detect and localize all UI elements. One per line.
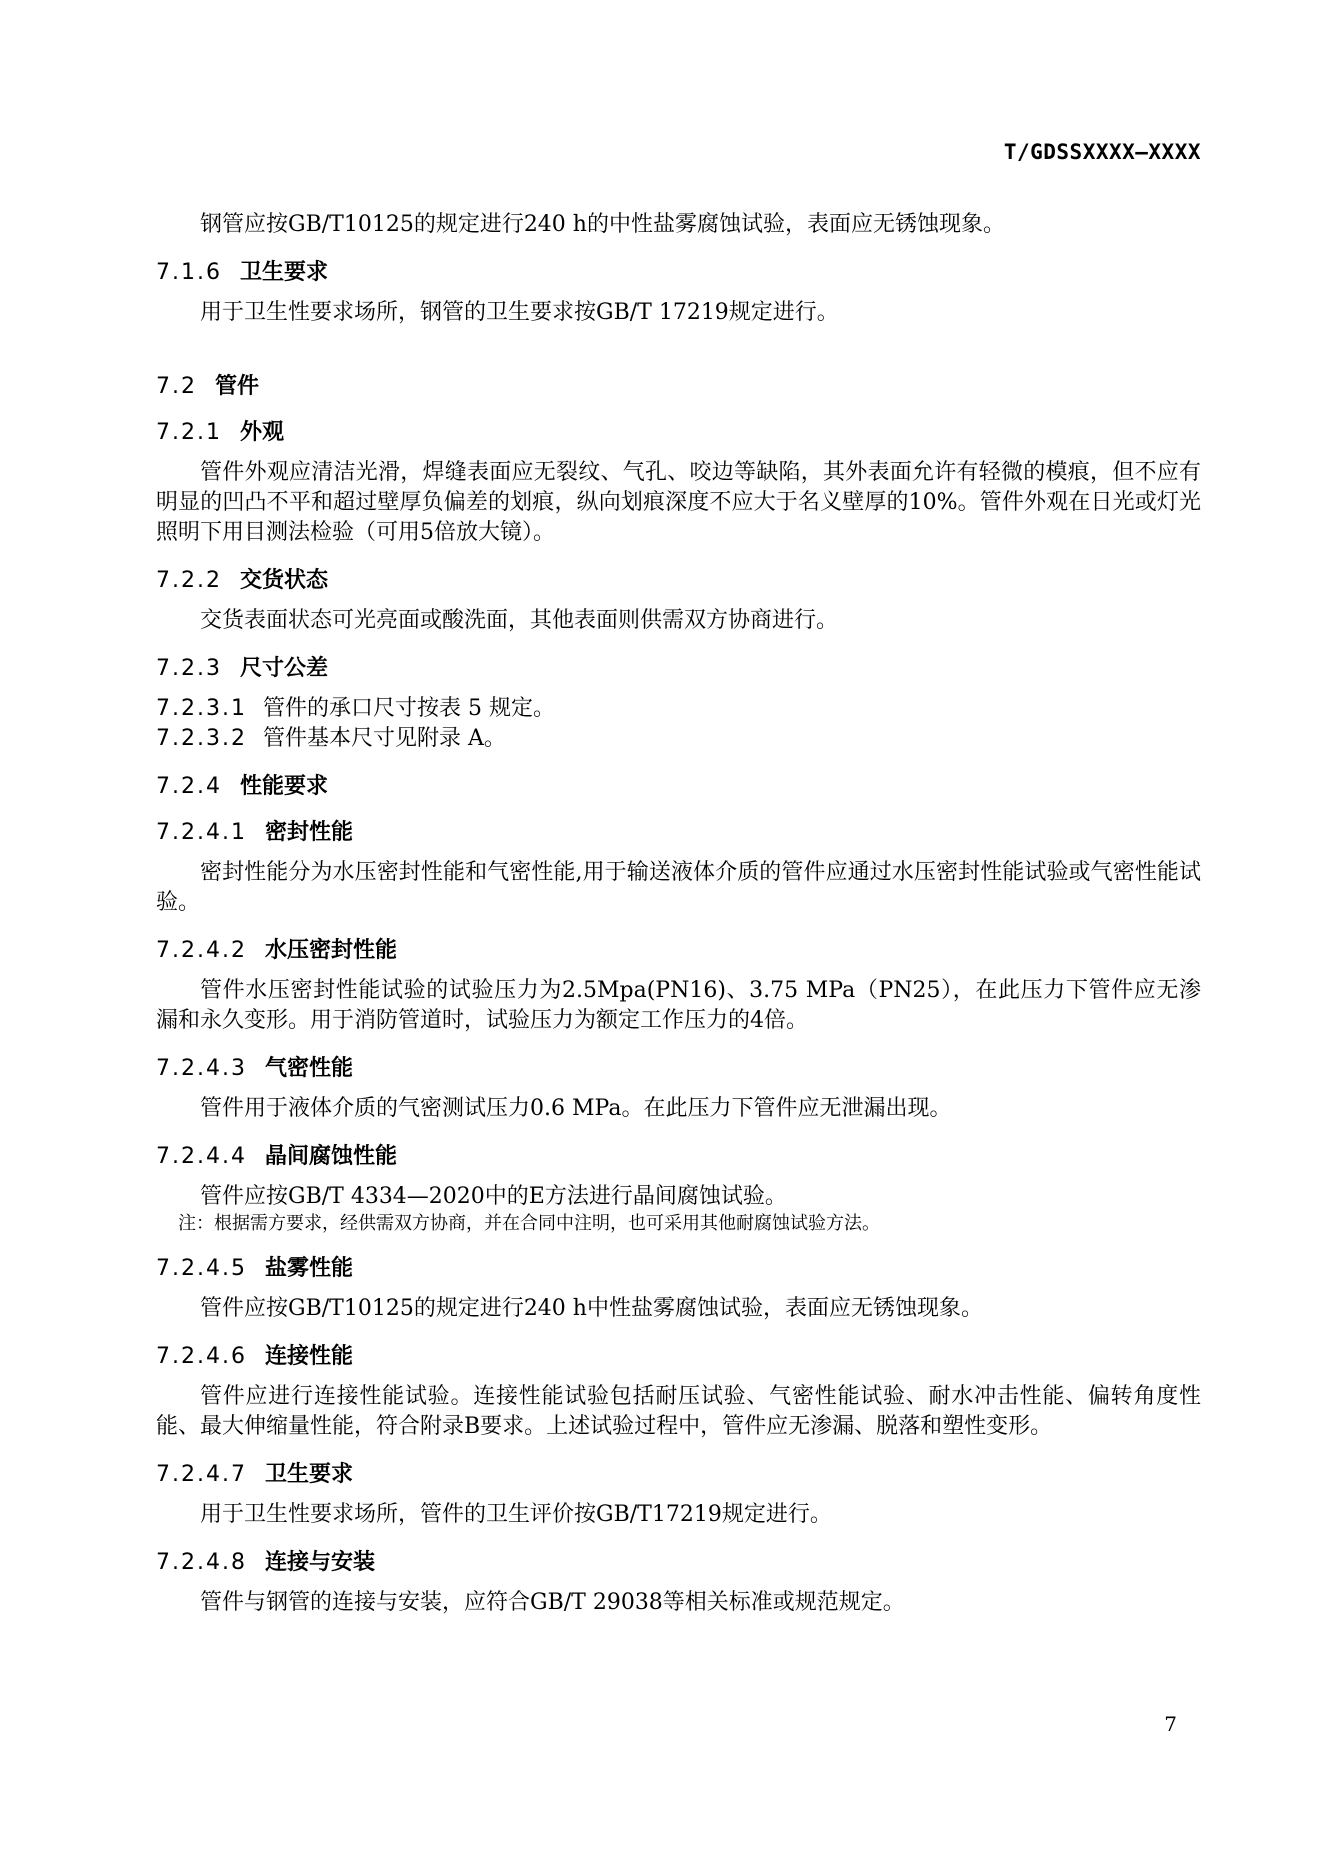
heading-title: 管件 [215, 374, 259, 399]
paragraph-hydraulic-sealing: 管件水压密封性能试验的试验压力为2.5Mpa(PN16)、3.75 MPa（PN… [156, 976, 1201, 1036]
page-header: T/GDSSXXXX—XXXX [156, 140, 1201, 166]
heading-number: 7.2.4.7 [156, 1462, 247, 1487]
paragraph-hygiene-steel-pipe: 用于卫生性要求场所，钢管的卫生要求按GB/T 17219规定进行。 [156, 298, 1201, 328]
paragraph-connection-installation: 管件与钢管的连接与安装，应符合GB/T 29038等相关标准或规范规定。 [156, 1588, 1201, 1618]
clause-line-7-2-3-1: 7.2.3.1管件的承口尺寸按表 5 规定。 [156, 694, 1201, 724]
paragraph-intergranular-corrosion: 管件应按GB/T 4334—2020中的E方法进行晶间腐蚀试验。 [156, 1182, 1201, 1212]
heading-number: 7.2.4 [156, 774, 222, 799]
section-heading-7-2-1: 7.2.1外观 [156, 420, 1201, 446]
heading-title: 密封性能 [265, 820, 353, 845]
heading-title: 连接与安装 [265, 1550, 375, 1575]
section-heading-7-2: 7.2管件 [156, 374, 1201, 400]
section-heading-7-2-4-8: 7.2.4.8连接与安装 [156, 1550, 1201, 1576]
page-number: 7 [1164, 1712, 1177, 1736]
heading-title: 晶间腐蚀性能 [265, 1144, 397, 1169]
heading-title: 卫生要求 [240, 260, 328, 285]
document-page: T/GDSSXXXX—XXXX 钢管应按GB/T10125的规定进行240 h的… [0, 0, 1323, 1871]
paragraph-connection-performance: 管件应进行连接性能试验。连接性能试验包括耐压试验、气密性能试验、耐水冲击性能、偏… [156, 1382, 1201, 1442]
heading-number: 7.2.4.3 [156, 1056, 247, 1081]
section-heading-7-2-4-2: 7.2.4.2水压密封性能 [156, 938, 1201, 964]
paragraph-salt-spray-steel-pipe: 钢管应按GB/T10125的规定进行240 h的中性盐雾腐蚀试验，表面应无锈蚀现… [156, 210, 1201, 240]
section-heading-7-2-4-3: 7.2.4.3气密性能 [156, 1056, 1201, 1082]
heading-title: 连接性能 [265, 1344, 353, 1369]
heading-number: 7.2.1 [156, 420, 222, 445]
page-footer: 7 [1164, 1712, 1177, 1736]
heading-number: 7.2.4.1 [156, 820, 247, 845]
clause-line-7-2-3-2: 7.2.3.2管件基本尺寸见附录 A。 [156, 724, 1201, 754]
heading-title: 盐雾性能 [265, 1256, 353, 1281]
paragraph-salt-spray-fitting: 管件应按GB/T10125的规定进行240 h中性盐雾腐蚀试验，表面应无锈蚀现象… [156, 1294, 1201, 1324]
paragraph-sealing-performance: 密封性能分为水压密封性能和气密性能,用于输送液体介质的管件应通过水压密封性能试验… [156, 858, 1201, 918]
heading-number: 7.1.6 [156, 260, 222, 285]
doc-number: T/GDSSXXXX—XXXX [1004, 140, 1201, 164]
heading-number: 7.2.4.2 [156, 938, 247, 963]
heading-number: 7.2.4.4 [156, 1144, 247, 1169]
paragraph-delivery-state: 交货表面状态可光亮面或酸洗面，其他表面则供需双方协商进行。 [156, 606, 1201, 636]
section-heading-7-2-4-7: 7.2.4.7卫生要求 [156, 1462, 1201, 1488]
note-intergranular-corrosion: 注：根据需方要求，经供需双方协商，并在合同中注明，也可采用其他耐腐蚀试验方法。 [156, 1212, 1201, 1236]
heading-number: 7.2.4.5 [156, 1256, 247, 1281]
heading-title: 外观 [240, 420, 284, 445]
heading-title: 尺寸公差 [240, 656, 328, 681]
section-heading-7-2-3: 7.2.3尺寸公差 [156, 656, 1201, 682]
heading-number: 7.2.3 [156, 656, 222, 681]
heading-title: 交货状态 [240, 568, 328, 593]
heading-title: 性能要求 [240, 774, 328, 799]
section-heading-7-2-2: 7.2.2交货状态 [156, 568, 1201, 594]
clause-number: 7.2.3.1 [156, 696, 247, 721]
heading-number: 7.2 [156, 374, 197, 399]
heading-number: 7.2.4.6 [156, 1344, 247, 1369]
clause-text: 管件的承口尺寸按表 5 规定。 [263, 696, 555, 721]
heading-number: 7.2.2 [156, 568, 222, 593]
heading-number: 7.2.4.8 [156, 1550, 247, 1575]
paragraph-air-tightness: 管件用于液体介质的气密测试压力0.6 MPa。在此压力下管件应无泄漏出现。 [156, 1094, 1201, 1124]
clause-text: 管件基本尺寸见附录 A。 [263, 726, 506, 751]
paragraph-appearance: 管件外观应清洁光滑，焊缝表面应无裂纹、气孔、咬边等缺陷，其外表面允许有轻微的模痕… [156, 458, 1201, 548]
clause-number: 7.2.3.2 [156, 726, 247, 751]
heading-title: 气密性能 [265, 1056, 353, 1081]
section-heading-7-2-4-6: 7.2.4.6连接性能 [156, 1344, 1201, 1370]
section-heading-7-2-4-4: 7.2.4.4晶间腐蚀性能 [156, 1144, 1201, 1170]
section-heading-7-2-4-1: 7.2.4.1密封性能 [156, 820, 1201, 846]
heading-title: 卫生要求 [265, 1462, 353, 1487]
section-heading-7-2-4: 7.2.4性能要求 [156, 774, 1201, 800]
section-heading-7-2-4-5: 7.2.4.5盐雾性能 [156, 1256, 1201, 1282]
section-heading-7-1-6: 7.1.6卫生要求 [156, 260, 1201, 286]
paragraph-hygiene-fitting: 用于卫生性要求场所，管件的卫生评价按GB/T17219规定进行。 [156, 1500, 1201, 1530]
heading-title: 水压密封性能 [265, 938, 397, 963]
